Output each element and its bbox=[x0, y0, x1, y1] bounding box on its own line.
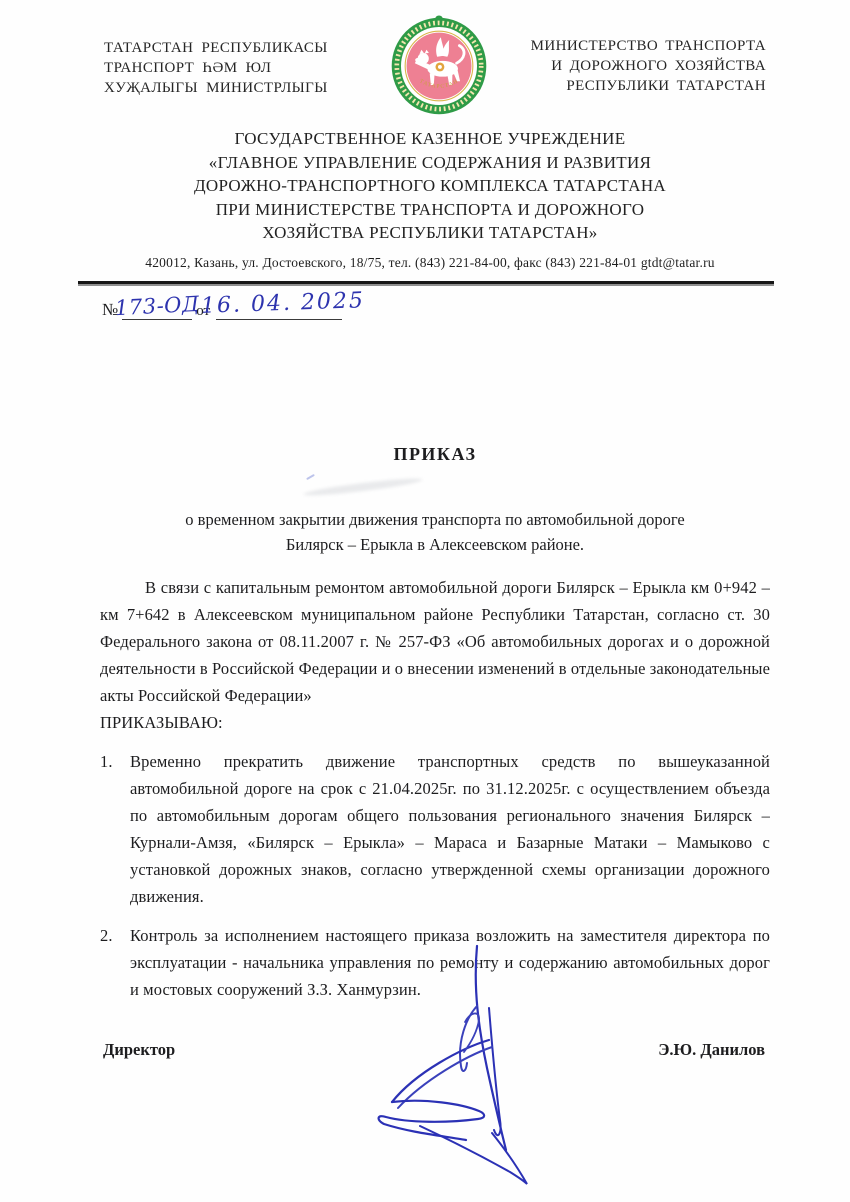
address-line: 420012, Казань, ул. Достоевского, 18/75,… bbox=[80, 255, 780, 271]
signer-position: Директор bbox=[103, 1040, 175, 1060]
item-number: 2. bbox=[100, 922, 130, 1003]
document-subject: о временном закрытии движения транспорта… bbox=[100, 507, 770, 557]
letterhead-russian-name: МИНИСТЕРСТВО ТРАНСПОРТА И ДОРОЖНОГО ХОЗЯ… bbox=[496, 36, 766, 96]
organization-name-line: «ГЛАВНОЕ УПРАВЛЕНИЕ СОДЕРЖАНИЯ И РАЗВИТИ… bbox=[90, 151, 770, 175]
letterhead-tatar-line: ТРАНСПОРТ ҺӘМ ЮЛ bbox=[104, 58, 364, 78]
letterhead-tatar-line: ХУҖАЛЫГЫ МИНИСТРЛЫГЫ bbox=[104, 78, 364, 98]
divider-rule bbox=[78, 281, 774, 284]
organization-name-line: ГОСУДАРСТВЕННОЕ КАЗЕННОЕ УЧРЕЖДЕНИЕ bbox=[90, 127, 770, 151]
number-date-row: №от 173-ОД 16. 04. 2025 bbox=[102, 300, 502, 334]
signer-name: Э.Ю. Данилов bbox=[658, 1040, 765, 1060]
resolve-word: ПРИКАЗЫВАЮ: bbox=[100, 709, 770, 736]
letterhead-tatar-name: ТАТАРСТАН РЕСПУБЛИКАСЫ ТРАНСПОРТ ҺӘМ ЮЛ … bbox=[104, 38, 364, 98]
document-page: ТАТАРСТАН РЕСПУБЛИКАСЫ ТРАНСПОРТ ҺӘМ ЮЛ … bbox=[0, 0, 850, 1202]
letterhead-tatar-line: ТАТАРСТАН РЕСПУБЛИКАСЫ bbox=[104, 38, 364, 58]
organization-name-line: ПРИ МИНИСТЕРСТВЕ ТРАНСПОРТА И ДОРОЖНОГО bbox=[90, 198, 770, 222]
document-number-handwritten: 173-ОД bbox=[114, 292, 200, 320]
letterhead-russian-line: МИНИСТЕРСТВО ТРАНСПОРТА bbox=[496, 36, 766, 56]
intro-paragraph: В связи с капитальным ремонтом автомобил… bbox=[100, 574, 770, 709]
organization-name-line: ХОЗЯЙСТВА РЕСПУБЛИКИ ТАТАРСТАН» bbox=[90, 221, 770, 245]
organization-name: ГОСУДАРСТВЕННОЕ КАЗЕННОЕ УЧРЕЖДЕНИЕ «ГЛА… bbox=[90, 127, 770, 245]
scan-smudge bbox=[303, 476, 423, 499]
item-number: 1. bbox=[100, 748, 130, 910]
letterhead-russian-line: РЕСПУБЛИКИ ТАТАРСТАН bbox=[496, 76, 766, 96]
order-item: 1. Временно прекратить движение транспор… bbox=[100, 748, 770, 910]
item-text: Временно прекратить движение транспортны… bbox=[130, 748, 770, 910]
subject-line: Билярск – Ерыкла в Алексеевском районе. bbox=[100, 532, 770, 557]
letterhead-russian-line: И ДОРОЖНОГО ХОЗЯЙСТВА bbox=[496, 56, 766, 76]
tatarstan-coat-of-arms-icon: ТАТАРСТАН bbox=[388, 12, 490, 120]
handwritten-signature bbox=[358, 938, 553, 1198]
scan-ink-speck bbox=[306, 474, 315, 480]
document-title: ПРИКАЗ bbox=[100, 444, 770, 465]
subject-line: о временном закрытии движения транспорта… bbox=[100, 507, 770, 532]
organization-name-line: ДОРОЖНО-ТРАНСПОРТНОГО КОМПЛЕКСА ТАТАРСТА… bbox=[90, 174, 770, 198]
